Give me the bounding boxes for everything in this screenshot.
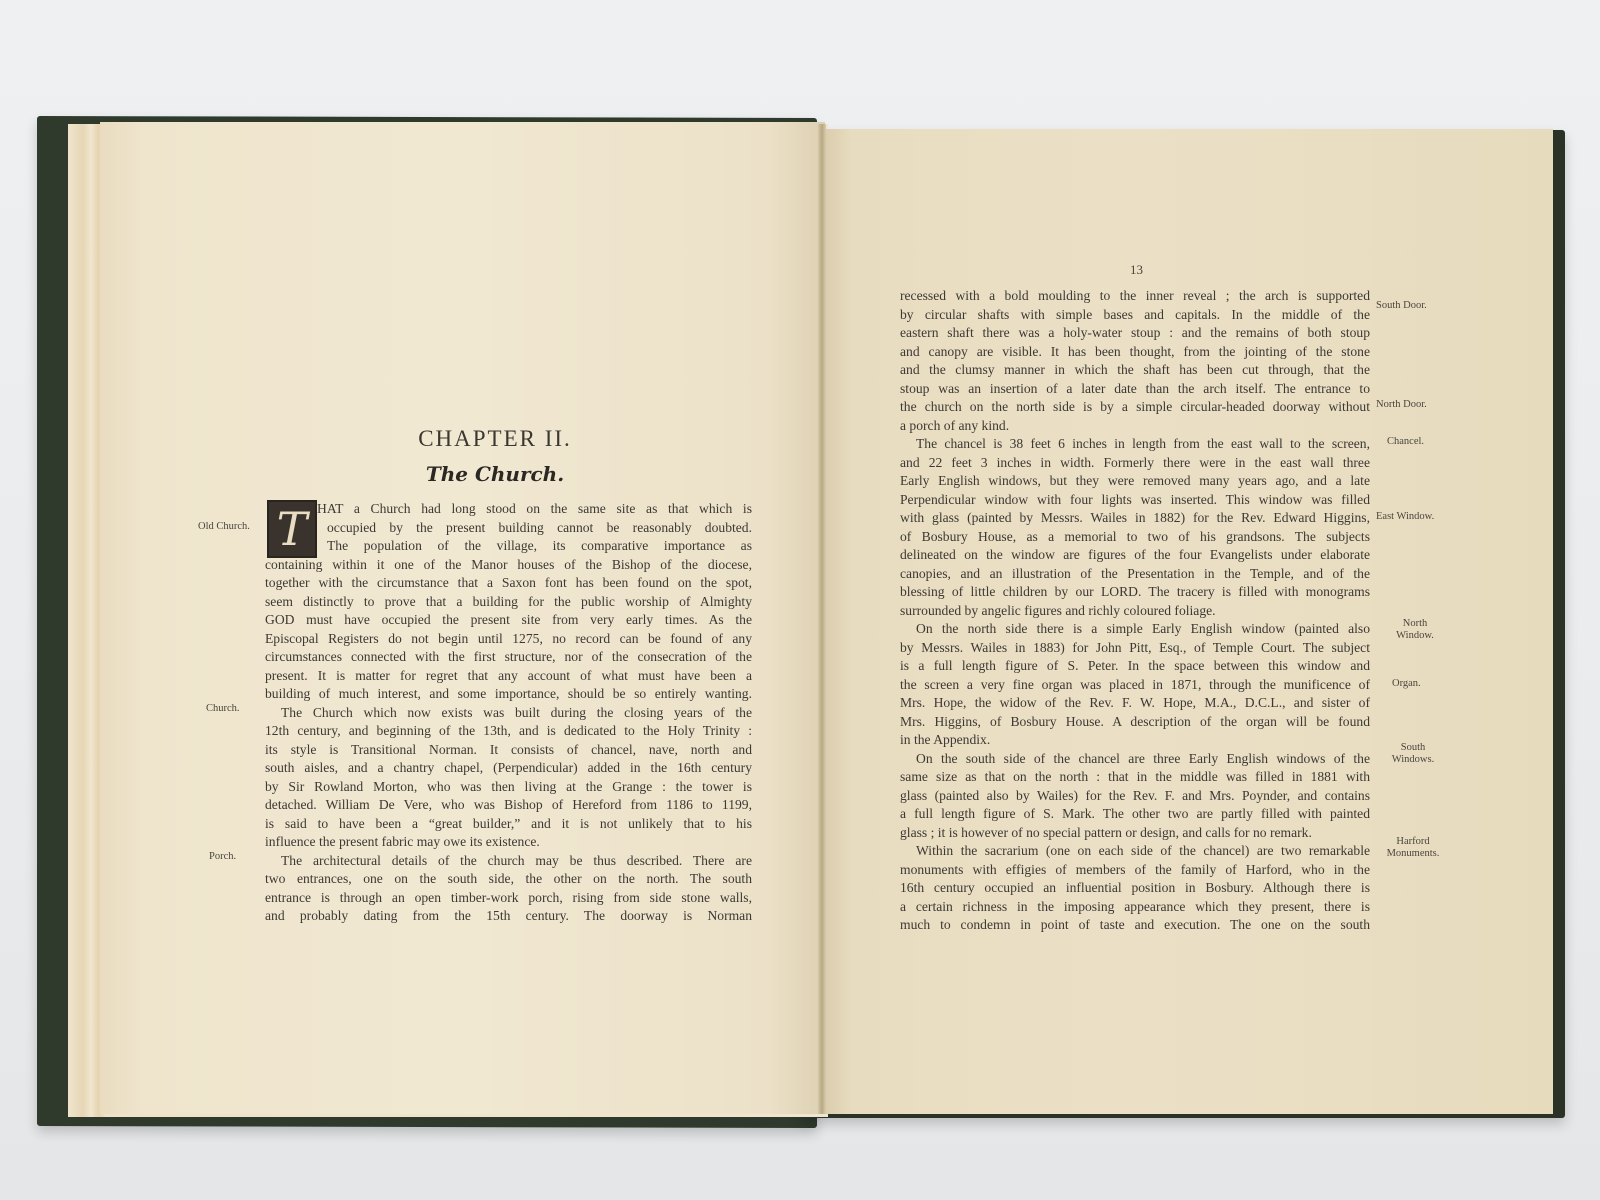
text-line: its style is Transitional Norman. It con… [265,741,752,760]
text-line: with glass (painted by Messrs. Wailes in… [900,509,1370,528]
margin-note-north-door: North Door. [1376,399,1427,411]
text-line: a porch of any kind. [900,417,1370,436]
text-line: Early English windows, but they were rem… [900,472,1370,491]
text-line: present. It is matter for regret that an… [265,667,752,686]
text-line: GOD must have occupied the present site … [265,611,752,630]
text-line: by circular shafts with simple bases and… [900,306,1370,325]
right-page-body: recessed with a bold moulding to the inn… [900,287,1370,935]
text-line: On the north side there is a simple Earl… [900,620,1370,639]
text-line: delineated on the window are figures of … [900,546,1370,565]
margin-note-organ: Organ. [1392,678,1421,690]
margin-note-old-church: Old Church. [198,521,250,533]
left-page-body: HAT a Church had long stood on the same … [265,500,752,926]
text-line: The architectural details of the church … [265,852,752,871]
text-line: monuments with effigies of members of th… [900,861,1370,880]
text-line: surrounded by angelic figures and richly… [900,602,1370,621]
text-line: HAT a Church had long stood on the same … [265,500,752,519]
text-line: the church on the north side is by a sim… [900,398,1370,417]
margin-note-north-window: North Window. [1390,618,1440,642]
text-line: and canopy are visible. It has been thou… [900,343,1370,362]
text-line: canopies, and an illustration of the Pre… [900,565,1370,584]
margin-note-south-windows: South Windows. [1386,742,1440,766]
chapter-subtitle: The Church. [300,462,690,486]
book-gutter [818,124,826,1114]
text-line: much to condemn in point of taste and ex… [900,916,1370,935]
text-line: building of much interest, and some impo… [265,685,752,704]
text-line: On the south side of the chancel are thr… [900,750,1370,769]
margin-note-porch: Porch. [209,851,236,863]
text-line: Perpendicular window with four lights wa… [900,491,1370,510]
margin-note-chancel: Chancel. [1387,436,1424,448]
chapter-heading: CHAPTER II. [300,426,690,452]
text-line: Within the sacrarium (one on each side o… [900,842,1370,861]
text-line: containing within it one of the Manor ho… [265,556,752,575]
margin-note-east-window: East Window. [1376,511,1434,523]
text-line: circumstances connected with the first s… [265,648,752,667]
text-line: and the clumsy manner in which the shaft… [900,361,1370,380]
text-line: a full length figure of S. Mark. The oth… [900,805,1370,824]
text-line: is a full length figure of S. Peter. In … [900,657,1370,676]
text-line: 16th century occupied an influential pos… [900,879,1370,898]
text-line: 12th century, and beginning of the 13th,… [265,722,752,741]
text-line: of Bosbury House, as a memorial to two o… [900,528,1370,547]
text-line: is said to have been a “great builder,” … [265,815,752,834]
margin-note-church: Church. [206,703,240,715]
text-line: The chancel is 38 feet 6 inches in lengt… [900,435,1370,454]
text-line: The Church which now exists was built du… [265,704,752,723]
text-line: Mrs. Higgins, of Bosbury House. A descri… [900,713,1370,732]
margin-note-south-door: South Door. [1376,300,1427,312]
text-line: the screen a very fine organ was placed … [900,676,1370,695]
text-line: two entrances, one on the south side, th… [265,870,752,889]
text-line: glass ; it is however of no special patt… [900,824,1370,843]
text-line: entrance is through an open timber-work … [265,889,752,908]
text-line: seem distinctly to prove that a building… [265,593,752,612]
text-line: and 22 feet 3 inches in width. Formerly … [900,454,1370,473]
text-line: south aisles, and a chantry chapel, (Per… [265,759,752,778]
text-line: eastern shaft there was a holy-water sto… [900,324,1370,343]
text-line: same size as that on the north : that in… [900,768,1370,787]
text-line: Mrs. Hope, the widow of the Rev. F. W. H… [900,694,1370,713]
text-line: by Sir Rowland Morton, who was then livi… [265,778,752,797]
text-line: recessed with a bold moulding to the inn… [900,287,1370,306]
text-line: together with the circumstance that a Sa… [265,574,752,593]
margin-note-harford-monuments: Harford Monuments. [1382,836,1444,860]
text-line: glass (painted also by Wailes) for the R… [900,787,1370,806]
text-line: influence the present fabric may owe its… [265,833,752,852]
page-number: 13 [1130,262,1143,278]
text-line: The population of the village, its compa… [265,537,752,556]
text-line: blessing of little children by our LORD.… [900,583,1370,602]
text-line: and probably dating from the 15th centur… [265,907,752,926]
text-line: Episcopal Registers do not begin until 1… [265,630,752,649]
text-line: detached. William De Vere, who was Bisho… [265,796,752,815]
text-line: in the Appendix. [900,731,1370,750]
text-line: stoup was an insertion of a later date t… [900,380,1370,399]
text-line: occupied by the present building cannot … [265,519,752,538]
text-line: by Messrs. Wailes in 1883) for John Pitt… [900,639,1370,658]
text-line: a certain richness in the imposing appea… [900,898,1370,917]
